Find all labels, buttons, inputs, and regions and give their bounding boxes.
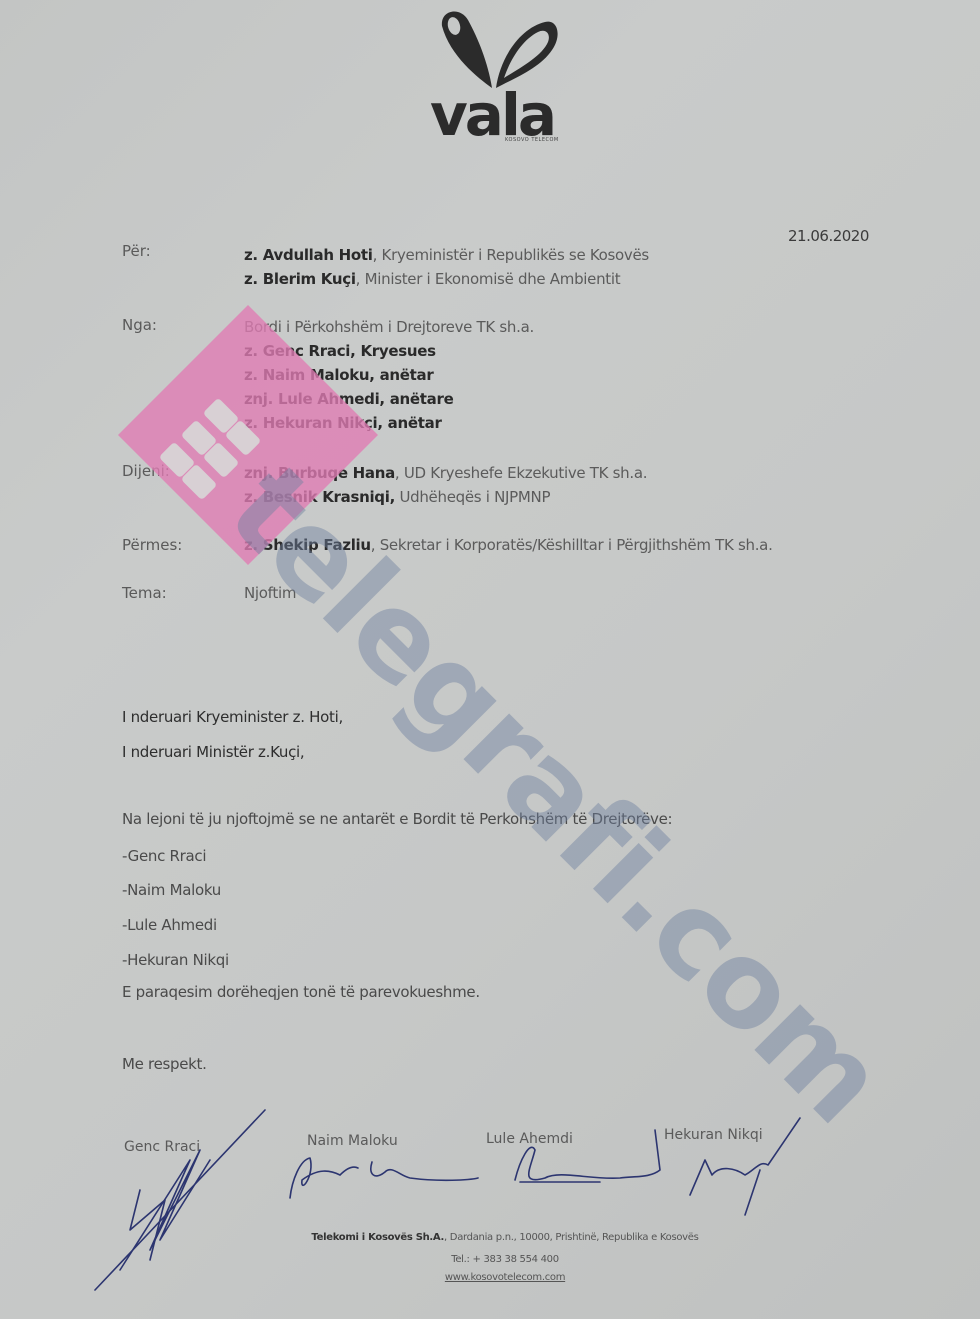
- handwritten-signatures: [0, 0, 980, 1319]
- permes-label: Përmes:: [122, 536, 182, 554]
- cc-role: Udhëheqës i NJPMNP: [395, 488, 550, 506]
- document-page: vala KOSOVO TELECOM 21.06.2020 Për: z. A…: [0, 0, 980, 1319]
- recipient-name: z. Blerim Kuçi: [244, 270, 356, 288]
- greeting-prime-minister: I nderuari Kryeminister z. Hoti,: [122, 708, 343, 726]
- member-item: -Naim Maloku: [122, 881, 221, 899]
- member-item: -Lule Ahmedi: [122, 916, 217, 934]
- sender-member: z. Naim Maloku, anëtar: [244, 366, 433, 384]
- footer-company: Telekomi i Kosovës Sh.A.: [311, 1232, 444, 1243]
- sender-member: znj. Lule Ahmedi, anëtare: [244, 390, 453, 408]
- recipient-line: z. Blerim Kuçi, Minister i Ekonomisë dhe…: [244, 270, 620, 288]
- cc-name: znj. Burbuqe Hana: [244, 464, 395, 482]
- footer-phone: Tel.: + 383 38 554 400: [270, 1254, 740, 1265]
- cc-line: znj. Burbuqe Hana, UD Kryeshefe Ekzekuti…: [244, 464, 647, 482]
- member-item: -Genc Rraci: [122, 847, 206, 865]
- resignation-statement: E paraqesim dorëheqjen tonë të parevokue…: [122, 983, 480, 1001]
- logo-subtitle: KOSOVO TELECOM: [505, 137, 559, 143]
- tema-label: Tema:: [122, 584, 167, 602]
- recipient-role: , Kryeministër i Republikës se Kosovës: [373, 246, 649, 264]
- footer-address: Telekomi i Kosovës Sh.A., Dardania p.n.,…: [270, 1232, 740, 1243]
- document-date: 21.06.2020: [788, 227, 869, 245]
- logo-wordmark: vala: [430, 86, 554, 144]
- recipient-role: , Minister i Ekonomisë dhe Ambientit: [356, 270, 621, 288]
- cc-line: z. Besnik Krasniqi, Udhëheqës i NJPMNP: [244, 488, 550, 506]
- subject-value: Njoftim: [244, 584, 296, 602]
- recipient-line: z. Avdullah Hoti, Kryeministër i Republi…: [244, 246, 649, 264]
- cc-name: z. Besnik Krasniqi,: [244, 488, 395, 506]
- footer-website-link[interactable]: www.kosovotelecom.com: [445, 1272, 565, 1283]
- member-item: -Hekuran Nikqi: [122, 951, 229, 969]
- signatory-name: Hekuran Nikqi: [664, 1127, 763, 1143]
- closing: Me respekt.: [122, 1055, 207, 1073]
- via-name: z. Shekip Fazliu: [244, 536, 371, 554]
- via-line: z. Shekip Fazliu, Sekretar i Korporatës/…: [244, 536, 773, 554]
- signatory-name: Lule Ahemdi: [486, 1131, 573, 1147]
- sender-member: z. Hekuran Nikçi, anëtar: [244, 414, 442, 432]
- via-role: , Sekretar i Korporatës/Këshilltar i Për…: [371, 536, 773, 554]
- vala-logo: vala KOSOVO TELECOM: [430, 8, 570, 143]
- cc-role: , UD Kryeshefe Ekzekutive TK sh.a.: [395, 464, 647, 482]
- sender-member: z. Genc Rraci, Kryesues: [244, 342, 436, 360]
- signatory-name: Genc Rraci: [124, 1139, 200, 1155]
- footer-address-text: , Dardania p.n., 10000, Prishtinë, Repub…: [444, 1232, 699, 1243]
- intro-paragraph: Na lejoni të ju njoftojmë se ne antarët …: [122, 810, 672, 828]
- greeting-minister: I nderuari Ministër z.Kuçi,: [122, 743, 304, 761]
- per-label: Për:: [122, 242, 151, 260]
- footer-website-wrap: www.kosovotelecom.com: [270, 1272, 740, 1283]
- signatory-name: Naim Maloku: [307, 1133, 398, 1149]
- nga-label: Nga:: [122, 316, 157, 334]
- sender-org: Bordi i Përkohshëm i Drejtoreve TK sh.a.: [244, 318, 534, 336]
- recipient-name: z. Avdullah Hoti: [244, 246, 373, 264]
- dijeni-label: Dijeni:: [122, 462, 170, 480]
